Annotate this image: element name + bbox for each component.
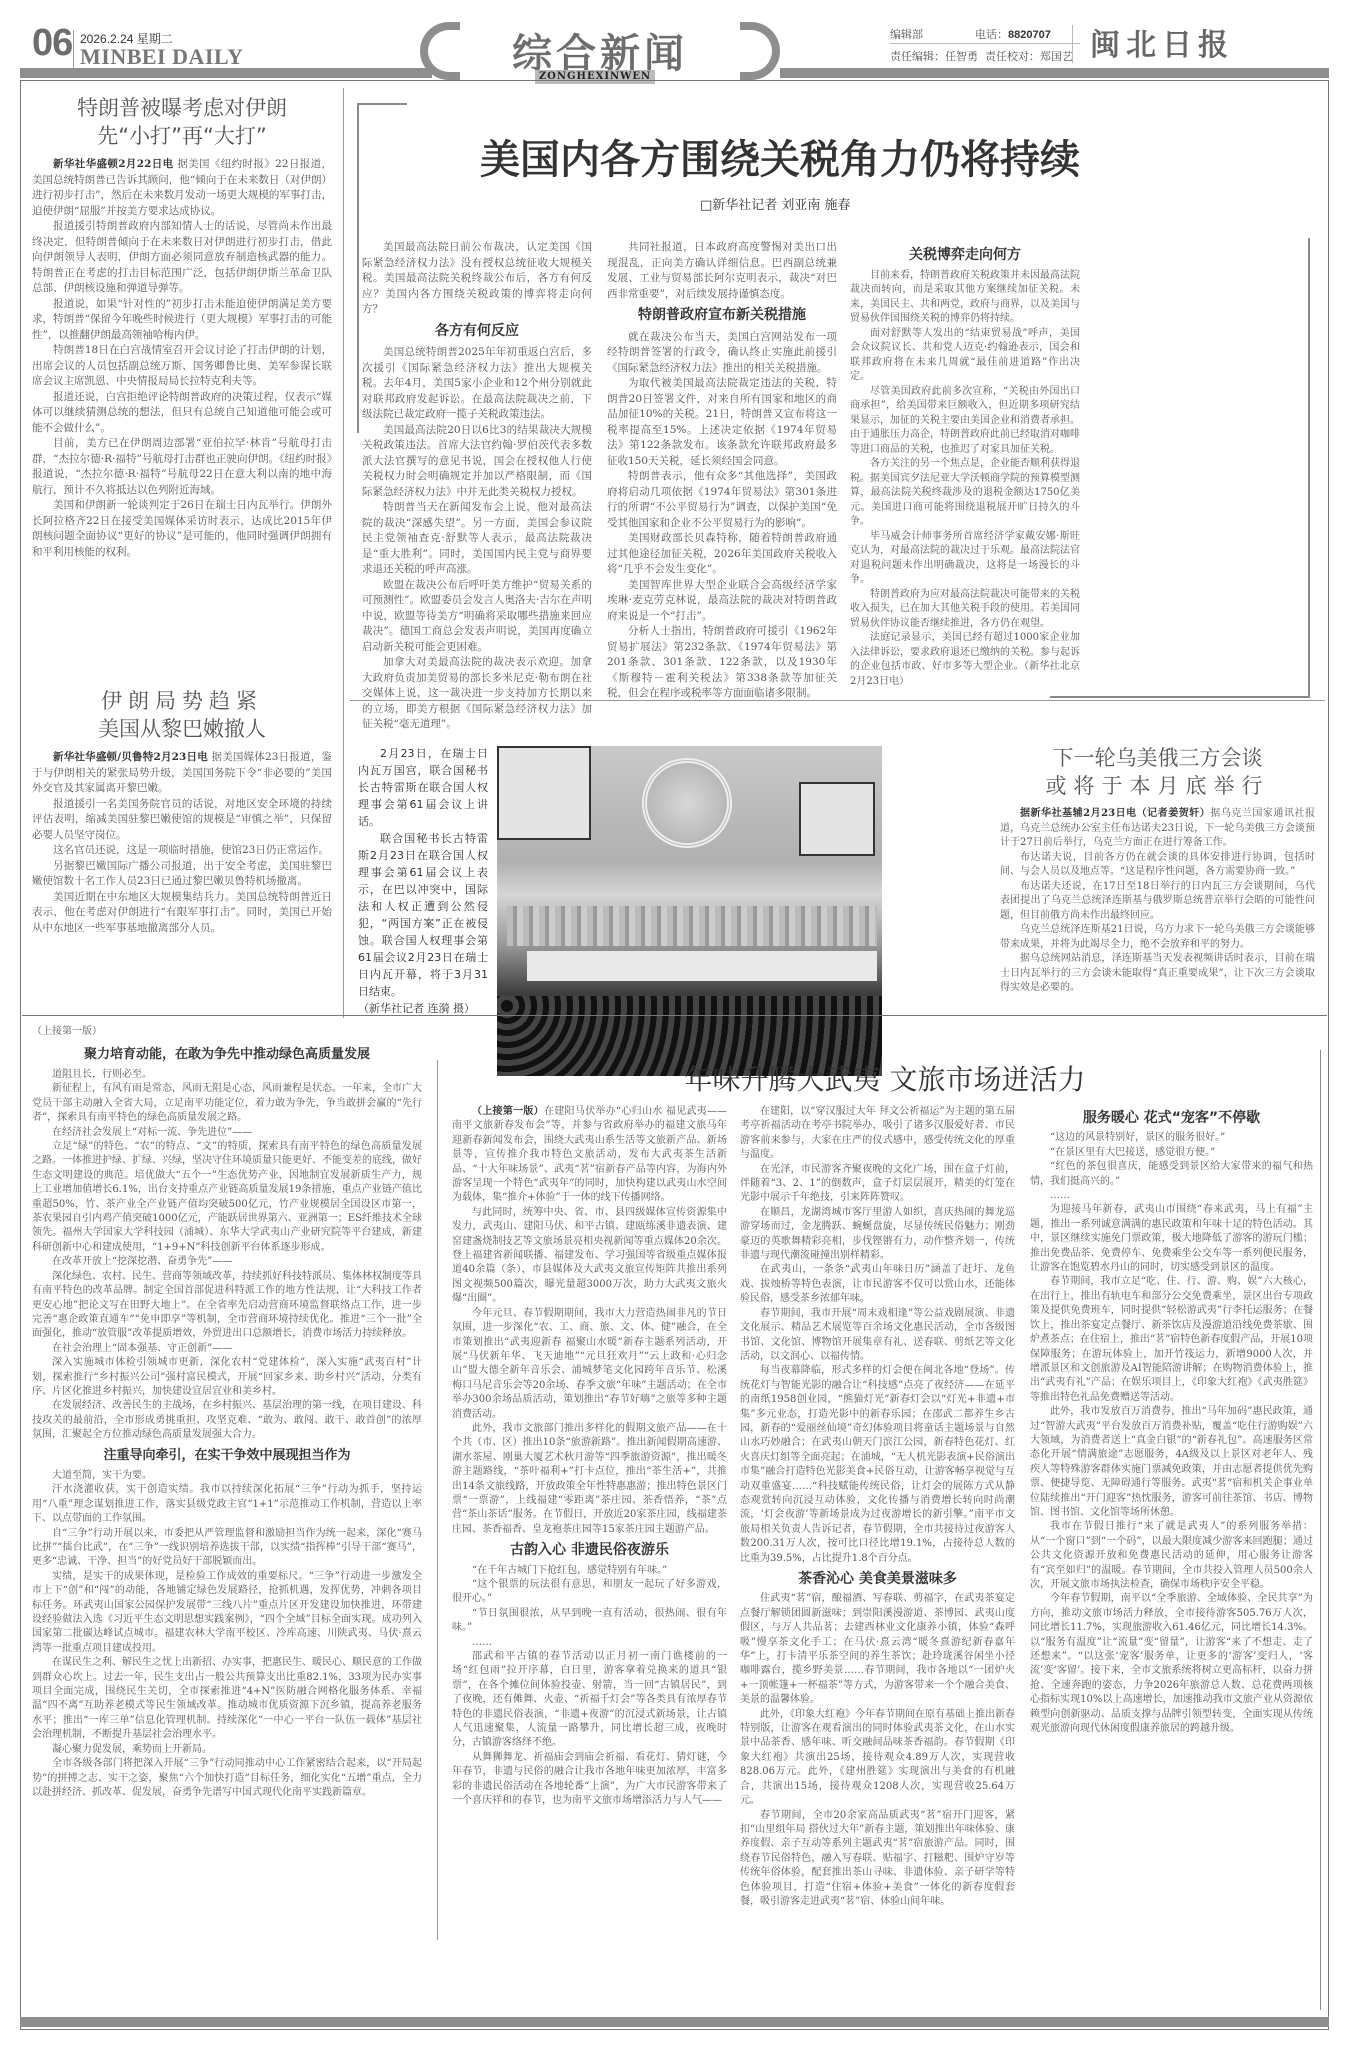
paragraph: 布达诺夫还说，在17日至18日举行的日内瓦三方会谈期间，乌代表团提出了乌克兰总统… — [1000, 880, 1315, 924]
paragraph: 住武夷“茗”宿，酿福酒、写春联、剪福字，在武夷茶宴定点餐厅解锁团圆新滋味；到崇阳… — [740, 1592, 1015, 1707]
paragraph: 在武夷山，一条条“武夷山年味日历”涵盖了赶圩、龙鱼戏、拔烛桥等特色表演，让市民游… — [740, 1263, 1015, 1306]
continued-label: （上接第一版） — [32, 1022, 422, 1037]
paragraph: 今年元旦、春节假期期间，我市大力营造热闹非凡的节日氛围，进一步深化“农、工、商、… — [452, 1307, 727, 1422]
article-lebanon: 伊朗局势趋紧 美国从黎巴嫩撤人 新华社华盛顿/贝鲁特2月23日电 据美国媒体23… — [32, 688, 332, 936]
paragraph: 美国总统特朗普2025年年初重返白宫后，多次援引《国际紧急经济权力法》推出大规模… — [362, 345, 592, 423]
paper-english-name: MINBEI DAILY — [80, 44, 244, 70]
paragraph: 加拿大对美最高法院的裁决表示欢迎。加拿大政府负责加美贸易的部长多米尼克·勒布朗在… — [362, 655, 592, 733]
subheading: 注重导向牵引，在实干争效中展现担当作为 — [32, 1449, 422, 1463]
paragraph: “节日氛围很浓，从早到晚一直有活动，很热闹、很有年味。” — [452, 1607, 727, 1636]
caption-paragraph: 2月23日，在瑞士日内瓦万国宫，联合国秘书长古特雷斯在联合国人权理事会第61届会… — [358, 745, 488, 830]
tourism-column-2: 在建阳，以“穿汉服过大年 拜文公祈福运”为主题的第五届考亭祈福活动在考亭书院举办… — [740, 1105, 1015, 2010]
article-title-line1: 伊朗局势趋紧 — [32, 688, 332, 715]
intro: 美国最高法院日前公布裁决，认定美国《国际紧急经济权力法》没有授权总统征收大规模关… — [362, 240, 592, 318]
subheading: 服务暖心 花式“宠客”不停歇 — [1030, 1111, 1313, 1125]
page-half-divider — [22, 1015, 1327, 1016]
spacer — [437, 1025, 447, 1026]
article-body: 新华社华盛顿2月22日电 据美国《纽约时报》22日报道，美国总统特朗普已告诉其顾… — [32, 157, 332, 560]
paragraph: 为取代被美国最高法院裁定违法的关税，特朗普20日签署文件，对来自所有国家和地区的… — [607, 376, 837, 469]
paragraph: 在发展经济、改善民生的主战场，在乡村振兴、基层治理的第一线，在项目建设、科技攻关… — [32, 1399, 422, 1442]
paragraph: 布达诺夫说，目前各方仍在就会谈的具体安排进行协调，包括时间、与会人员以及地点等。… — [1000, 851, 1315, 880]
paragraph: 此外，我市文旅部门推出多样化的假期文旅产品——在十个共（市、区）推出10条“旅游… — [452, 1422, 727, 1537]
paragraph: “在千年古城门下抢红包，感觉特别有年味。” — [452, 1564, 727, 1578]
paragraph: 从舞狮舞龙、祈福庙会到庙会祈福、看花灯、猜灯谜，今年春节，非遗与民俗的融合让我市… — [452, 1751, 727, 1809]
paragraph: 报道还说，白宫拒绝评论特朗普政府的决策过程，仅表示“媒体可以继续猜测总统的想法，… — [32, 390, 332, 437]
column-divider — [343, 88, 344, 1018]
subheading: 各方有何反应 — [362, 324, 592, 340]
tourism-column-1: （上接第一版）在建阳马伏举办“心归山水 福见武夷——南平文旅新春发布会”等，并参… — [452, 1105, 727, 2010]
paragraph: 我市在节假日推行“来了就是武夷人”的系列服务举措：从“一个窗口”到“一个码”，以… — [1030, 1520, 1313, 1592]
video-screen-right — [799, 782, 875, 856]
paragraph: 在谋民生之利、解民生之忧上出新招、办实事，把惠民生、暖民心、顺民意的工作做到群众… — [32, 1656, 422, 1742]
subheading: 古韵入心 非遗民俗夜游乐 — [452, 1543, 727, 1557]
article-body: 道阻且长，行则必至。 新征程上，有风有雨是常态，风雨无阻是心态，风雨兼程是状态。… — [32, 1068, 422, 1800]
page-number: 06 — [32, 22, 72, 65]
paragraph: 与此同时，统筹中央、省、市、县四级媒体宣传资源集中发力，武夷山、建阳马伏、和平古… — [452, 1206, 727, 1307]
un-emblem-icon — [642, 758, 732, 848]
paragraph: 全市各级各部门将把深入开展“三争”行动同推动中心工作紧密结合起来，以“开局起势”… — [32, 1757, 422, 1800]
article-body: 据新华社基辅2月23日电（记者姜贺轩）据乌克兰国家通讯社报道，乌克兰总统办公室主… — [1000, 807, 1315, 996]
paragraph: 深入实施城市体检引领城市更新，深化农村“党建体检”，深入实施“武夷百村”计划，探… — [32, 1356, 422, 1399]
headline: 美国内各方围绕关税角力仍将持续 — [380, 128, 1180, 185]
paragraph: 目前来看，特朗普政府关税政策并未因最高法院裁决而转向，而是采取其他方案继续加征关… — [850, 269, 1080, 327]
header-bar-left — [20, 68, 432, 78]
tariff-column-3: 关税博弈走向何方 目前来看，特朗普政府关税政策并未因最高法院裁决而转向，而是采取… — [850, 248, 1080, 689]
paragraph: 欧盟在裁决公布后呼吁美方维护“贸易关系的可预测性”。欧盟委员会发言人奥洛夫·吉尔… — [362, 578, 592, 656]
subheading: 关税博弈走向何方 — [850, 248, 1080, 263]
footer-bar — [20, 2017, 1329, 2027]
dateline: 据新华社基辅2月23日电（记者姜贺轩） — [1020, 808, 1210, 819]
paragraph: 共同社报道，日本政府高度警惕对美出口出现混乱，正向美方确认详细信息。巴西副总统兼… — [607, 240, 837, 302]
paragraph: 在社会治理上“固本强基、守正创新”—— — [32, 1342, 422, 1356]
article-body: 新华社华盛顿/贝鲁特2月23日电 据美国媒体23日报道，鉴于与伊朗相关的紧张局势… — [32, 750, 332, 936]
subheading: 茶香沁心 美食美景滋味多 — [740, 1572, 1015, 1586]
byline: □新华社记者 刘亚南 施春 — [700, 194, 851, 213]
tariff-column-1: 美国最高法院日前公布裁决，认定美国《国际紧急经济权力法》没有授权总统征收大规模关… — [362, 240, 592, 733]
paragraph: 特朗普表示，他有众多“其他选择”，美国政府将启动几项依据《1974年贸易法》第3… — [607, 469, 837, 531]
tourism-column-3: 服务暖心 花式“宠客”不停歇 “这边的风景特别好，景区的服务很好。” “在景区里… — [1030, 1105, 1313, 2010]
paragraph: 大道至简，实干为要。 — [32, 1469, 422, 1483]
paragraph: 特朗普当天在新闻发布会上说，他对最高法院的裁决“深感失望”。另一方面，美国会参议… — [362, 500, 592, 578]
paragraph: 实绩，是实干的成果体现，是检验工作成效的重要标尺。“三争”行动进一步激发全市上下… — [32, 1570, 422, 1656]
paragraph: 就在裁决公布当天，美国白宫网站发布一项经特朗普签署的行政令，确认终止实施此前援引… — [607, 330, 837, 377]
paragraph: 新征程上，有风有雨是常态，风雨无阻是心态，风雨兼程是状态。一年来，全市广大党员干… — [32, 1082, 422, 1125]
paragraph: 美国智库世界大型企业联合会高级经济学家埃琳·麦克劳克林说，最高法院的裁决对特朗普… — [607, 578, 837, 625]
paragraph: 美国财政部长贝森特称，随着特朗普政府通过其他途径加征关税，2026年美国政府关税… — [607, 531, 837, 578]
phone-number: 8820707 — [1008, 29, 1051, 41]
paragraph: 特朗普政府为应对最高法院裁决可能带来的关税收入损失，已在加大其他关税手段的使用。… — [850, 588, 1080, 632]
paragraph: 凝心聚力促发展，乘势而上开新局。 — [32, 1743, 422, 1757]
dais — [527, 951, 877, 981]
un-council-photo — [497, 746, 882, 1076]
paragraph: 春节期间，我市立足“吃、住、行、游、购、娱”六大核心，在出行上，推出有轨电车和部… — [1030, 1275, 1313, 1405]
paragraph: 邵武和平古镇的春节活动以正月初一南门谯楼前的一场“红包雨”拉开序幕，白日里，游客… — [452, 1650, 727, 1751]
column-divider — [437, 1060, 438, 1940]
tourism-frame-right — [1320, 1050, 1321, 2010]
masthead-logo: 闽北日报 — [1090, 20, 1234, 64]
tourism-headline: 年味升腾大武夷 文旅市场迸活力 — [450, 1058, 1320, 1098]
photo-caption: 2月23日，在瑞士日内瓦万国宫，联合国秘书长古特雷斯在联合国人权理事会第61届会… — [358, 745, 488, 1017]
paragraph: 深化绿色、农村、民生、营商等领域改革，持续抓好科技特派员、集体林权制度等具有南平… — [32, 1270, 422, 1342]
paragraph: 美国和伊朗新一轮谈判定于26日在瑞士日内瓦举行。伊朗外长阿拉格齐22日在接受美国… — [32, 498, 332, 560]
paragraph: 各方关注的另一个焦点是，企业能否顺利获得退税。据美国宾夕法尼亚大学沃顿商学院的预… — [850, 457, 1080, 530]
paragraph: 据乌总统网站消息，泽连斯基当天发表视频讲话时表示，目前在瑞士日内瓦举行的三方会谈… — [1000, 952, 1315, 996]
paragraph: …… — [1030, 1189, 1313, 1203]
article-title-line2: 先“小打”再“大打” — [32, 122, 332, 151]
paragraph: 尽管美国政府此前多次宣称，“关税由外国出口商承担”，给美国带来巨额收入，但近期多… — [850, 385, 1080, 458]
paragraph: 美国最高法院20日以6比3的结果裁决大规模关税政策违法。首席大法官约翰·罗伯茨代… — [362, 423, 592, 501]
subheading: 聚力培育动能，在敢为争先中推动绿色高质量发展 — [32, 1043, 422, 1062]
paragraph: 每当夜幕降临，形式多样的灯会便在闽北各地“登场”。传统花灯与智能光影的融合让“科… — [740, 1364, 1015, 1566]
paragraph: 春节期间，全市20余家高品质武夷“茗”宿开门迎客，紧扣“山里组年局 搭伙过大年”… — [740, 1809, 1015, 1910]
mural — [507, 906, 877, 946]
phone-label: 电话： — [975, 29, 1008, 41]
paragraph: 另据黎巴嫩国际广播公司报道，出于安全考虑，美国驻黎巴嫩使馆数十名工作人员23日已… — [32, 859, 332, 890]
paragraph: 这名官员还说，这是一项临时措施，使馆23日仍正常运作。 — [32, 843, 332, 859]
paragraph: 汗水浇灌收获，实干创造实绩。我市以持续深化拓展“三争”行动为抓手，坚持运用“八重… — [32, 1483, 422, 1526]
paragraph: 在顺昌，龙湖湾城市客厅里游人如织，喜庆热闹的舞龙巡游穿场而过，金龙腾跃、蜿蜒盘旋… — [740, 1206, 1015, 1264]
paragraph: 报道援引一名美国务院官员的话说，对地区安全环境的持续评估表明，缩减美国驻黎巴嫩使… — [32, 797, 332, 844]
paragraph: 分析人士指出，特朗普政府可援引《1962年贸易扩展法》第232条款、《1974年… — [607, 624, 837, 702]
paragraph: 此外，我市发放百万消费券，推出“马年加码”惠民政策，通过“智游大武夷”平台发放百… — [1030, 1405, 1313, 1520]
dateline: 新华社华盛顿2月22日电 — [53, 158, 174, 170]
continued-label: （上接第一版） — [472, 1106, 544, 1117]
paragraph: 在光泽，市民游客齐聚夜晚的文化广场，围在盒子灯前，伴随着“3、2、1”的倒数声，… — [740, 1163, 1015, 1206]
paragraph: 今年春节假期，南平以“全季旅游、全域体验、全民共享”为方向，推动文旅市场活力释放… — [1030, 1592, 1313, 1736]
proofreader: 责任校对：郑国艺 — [985, 48, 1073, 64]
paragraph: “这个银票的玩法很有意思，和朋友一起玩了好多游戏，很开心。” — [452, 1578, 727, 1607]
section-divider — [350, 700, 1325, 701]
subheading: 特朗普政府宣布新关税措施 — [607, 308, 837, 324]
paragraph: 目前，美方已在伊朗周边部署“亚伯拉罕·林肯”号航母打击群，“杰拉尔德·R·福特”… — [32, 436, 332, 498]
paragraph: 春节期间，我市开展“周末戏相逢”等公益戏剧展演、非遗文化展示、精品艺术展览等百余… — [740, 1307, 1015, 1365]
paragraph: 法庭记录显示，美国已经有超过1000家企业加入法律诉讼，要求政府退还已缴纳的关税… — [850, 631, 1080, 689]
header-divider — [73, 30, 74, 68]
paragraph: …… — [452, 1636, 727, 1650]
paragraph: 在建阳马伏举办“心归山水 福见武夷——南平文旅新春发布会”等，并参与省政府举办的… — [452, 1106, 727, 1203]
article-title-line1: 下一轮乌美俄三方会谈 — [1000, 745, 1315, 772]
paragraph: 报道说，如果“针对性的”初步打击未能迫使伊朗满足美方要求，特朗普“保留今年晚些时… — [32, 297, 332, 344]
article-iran-strike: 特朗普被曝考虑对伊朗 先“小打”再“大打” 新华社华盛顿2月22日电 据美国《纽… — [32, 95, 332, 560]
article-title-line2: 美国从黎巴嫩撤人 — [32, 715, 332, 744]
paragraph: 乌克兰总统泽连斯基21日说，乌方力求下一轮乌美俄三方会谈能够带来成果，并将为此竭… — [1000, 923, 1315, 952]
article-title-line1: 特朗普被曝考虑对伊朗 — [32, 95, 332, 122]
dateline: 新华社华盛顿/贝鲁特2月23日电 — [53, 751, 208, 763]
paragraph: 道阻且长，行则必至。 — [32, 1068, 422, 1082]
paragraph: “在景区里有大巴接送，感觉很方便。” — [1030, 1146, 1313, 1160]
meta-vertical-divider — [1072, 25, 1073, 63]
paragraph: 立足“绿”的特色、“农”的特点、“文”的特质，探索具有南平特色的绿色高质量发展之… — [32, 1140, 422, 1255]
paragraph: 美国近期在中东地区大规模集结兵力。美国总统特朗普近日表示，他在考虑对伊朗进行“有… — [32, 890, 332, 937]
paragraph: “这边的风景特别好，景区的服务很好。” — [1030, 1131, 1313, 1145]
department: 编辑部 — [890, 26, 923, 42]
phone: 电话：8820707 — [975, 26, 1051, 42]
paragraph: 报道援引特朗普政府内部知情人士的话说，尽管尚未作出最终决定，但特朗普倾向于在未来… — [32, 219, 332, 297]
paragraph: 自“三争”行动开展以来，市委把从严管理监督和激励担当作为统一起来，深化“赛马比拼… — [32, 1527, 422, 1570]
paragraph: 此外，《印象大红袍》今年春节期间在原有基础上推出新春特别版，让游客在观看演出的同… — [740, 1708, 1015, 1809]
paragraph: 毕马威会计师事务所首席经济学家戴安娜·斯旺克认为，对最高法院的裁决过于乐观。最高… — [850, 530, 1080, 588]
paragraph: 面对舒默等人发出的“结束贸易战”呼声，美国会众议院议长、共和党人迈克·约翰逊表示… — [850, 327, 1080, 385]
paragraph: 在建阳，以“穿汉服过大年 拜文公祈福运”为主题的第五届考亭祈福活动在考亭书院举办… — [740, 1105, 1015, 1163]
paragraph: 特朗普18日在白宫战情室召开会议讨论了打击伊朗的计划，出席会议的人员包括副总统万… — [32, 343, 332, 390]
meta-divider — [890, 43, 1080, 44]
header-bar-right — [780, 68, 1329, 78]
caption-paragraph: 联合国秘书长古特雷斯2月23日在联合国人权理事会第61届会议上表示，在巴以冲突中… — [358, 830, 488, 1000]
paragraph: “红色的茶包很喜庆，能感受到景区给大家带来的福气和热情，我们挺高兴的。” — [1030, 1160, 1313, 1189]
article-title-line2: 或将于本月底举行 — [1000, 772, 1315, 801]
paragraph: 在经济社会发展上“对标一流、争先进位”—— — [32, 1126, 422, 1140]
video-screen-left — [497, 746, 591, 840]
article-green-development: （上接第一版） 聚力培育动能，在敢为争先中推动绿色高质量发展 道阻且长，行则必至… — [32, 1022, 422, 2012]
editor: 责任编辑：任智勇 — [890, 48, 978, 64]
paragraph: 在改革开放上“挖深挖潜、奋勇争先”—— — [32, 1255, 422, 1269]
paragraph: 为迎接马年新春，武夷山市围绕“春来武夷，马上有福”主题，推出一系列诚意满满的惠民… — [1030, 1203, 1313, 1275]
article-ukraine: 下一轮乌美俄三方会谈 或将于本月底举行 据新华社基辅2月23日电（记者姜贺轩）据… — [1000, 745, 1315, 996]
tariff-column-2: 共同社报道，日本政府高度警惕对美出口出现混乱，正向美方确认详细信息。巴西副总统兼… — [607, 240, 837, 702]
